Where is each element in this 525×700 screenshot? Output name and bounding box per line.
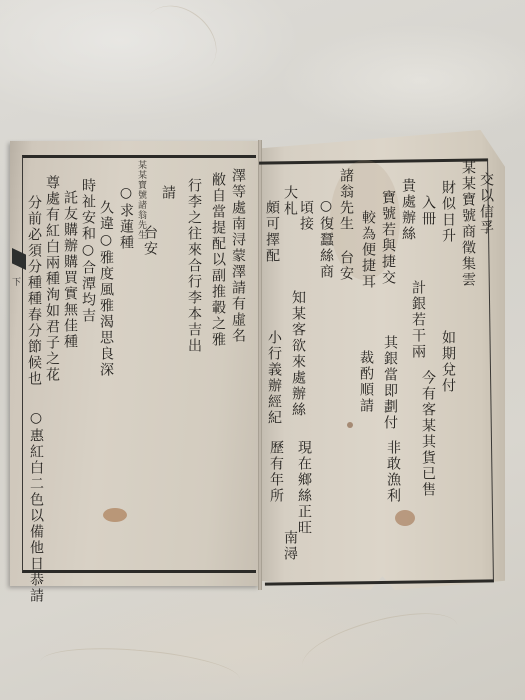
text-column: 如期兌付 — [440, 330, 456, 394]
text-column: ○復蠶絲商 — [318, 198, 334, 280]
text-column: 歷有年所 — [268, 440, 284, 504]
text-column: ○惠紅白二色以備他日恭請 — [28, 410, 44, 604]
text-column: 時祉安和○合潭均吉 — [80, 178, 96, 324]
marble-vein — [39, 641, 242, 699]
text-column: 某某寶號商徵集雲 — [460, 160, 476, 288]
text-column: 較為便捷耳 — [360, 210, 376, 290]
margin-mark: 下 — [12, 275, 21, 288]
stain — [347, 422, 353, 428]
text-column: 行李之往來合行李本吉出 — [186, 178, 202, 354]
text-column: 入冊 — [420, 195, 436, 227]
text-column: 頗可擇配 — [264, 200, 280, 264]
stain — [103, 508, 127, 522]
text-column: ○求蓮種 — [118, 185, 134, 251]
text-column: 計銀若干兩 — [410, 280, 426, 360]
text-column: 南潯 — [282, 530, 298, 562]
text-column: 敝自當提配以副推轂之雅 — [210, 172, 226, 348]
text-column: 非敢漁利 — [385, 440, 401, 504]
text-column: 今有客某其貨已售 — [420, 370, 436, 498]
stain — [395, 510, 415, 526]
text-column: 頃接 — [298, 200, 314, 232]
text-column: 託友購辦購買實無佳種 — [62, 190, 78, 350]
marble-vein — [296, 600, 464, 691]
text-column: 台安 — [142, 225, 158, 257]
text-column: 澤等處南浔蒙澤請有虛名 — [230, 168, 246, 344]
text-column: 裁酌順請 — [358, 350, 374, 414]
text-column: 寶號若與捷交 — [380, 190, 396, 286]
text-column: 尊處有紅白兩種洵如君子之花 — [44, 175, 60, 383]
text-column: 貴處辦絲 — [400, 178, 416, 242]
text-column: 久違○雅度風雅渴思良深 — [98, 200, 114, 378]
text-column: 財似日升 — [440, 180, 456, 244]
text-column: 知某客欲來處辦絲 — [290, 290, 306, 418]
text-column: 大札 — [282, 185, 298, 217]
text-column: 其銀當即劃付 — [382, 335, 398, 431]
marble-vein — [130, 0, 230, 90]
text-column: 諸翁先生 台安 — [338, 168, 354, 282]
text-column: 小行義辦經紀 — [266, 330, 282, 426]
text-column: 交以信孚 — [478, 172, 494, 236]
text-column: 現在鄉絲正旺 — [296, 440, 312, 536]
text-column: 請 — [160, 185, 176, 201]
text-column: 分前必須分種種春分節候也 — [26, 195, 42, 387]
